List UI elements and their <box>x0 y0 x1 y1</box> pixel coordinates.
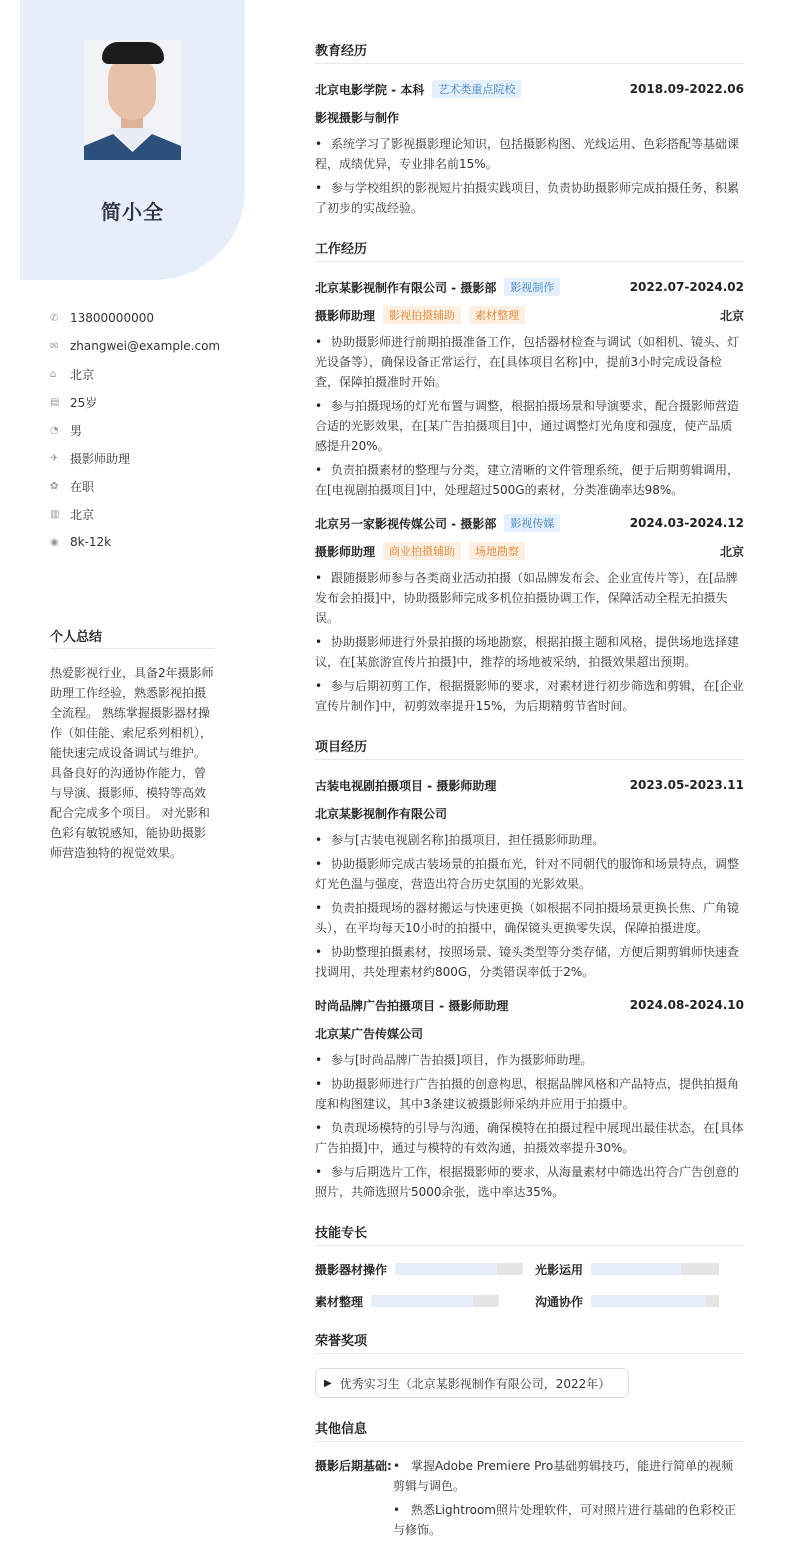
list-item: 协助摄影师进行广告拍摄的创意构思，根据品牌风格和产品特点，提供拍摄角度和构图建议… <box>315 1074 744 1114</box>
skill-name: 沟通协作 <box>535 1293 583 1310</box>
project-entry: 古装电视剧拍摄项目 - 摄影师助理 2023.05-2023.11 北京某影视制… <box>315 774 744 982</box>
education-section: 教育经历 北京电影学院 - 本科 艺术类重点院校 2018.09-2022.06… <box>315 40 744 218</box>
age-icon: ▤ <box>50 397 70 408</box>
industry-tag: 影视传媒 <box>504 514 560 532</box>
summary-section: 个人总结 热爱影视行业，具备2年摄影师助理工作经验，熟悉影视拍摄全流程。 熟练掌… <box>50 626 215 863</box>
list-item: 参与[时尚品牌广告拍摄]项目，作为摄影师助理。 <box>315 1050 744 1070</box>
education-bullets: 系统学习了影视摄影理论知识，包括摄影构图、光线运用、色彩搭配等基础课程，成绩优异… <box>315 134 744 218</box>
skill-bar <box>395 1263 523 1275</box>
major-row: 影视摄影与制作 <box>315 106 744 128</box>
avatar-photo <box>84 40 181 160</box>
list-item: 协助整理拍摄素材，按照场景、镜头类型等分类存储，方便后期剪辑师快速查找调用，共处… <box>315 942 744 982</box>
list-item: 参与后期初剪工作，根据摄影师的要求，对素材进行初步筛选和剪辑，在[企业宣传片制作… <box>315 676 744 716</box>
avatar-face <box>108 56 156 120</box>
company-name: 北京另一家影视传媒公司 - 摄影部 <box>315 515 496 532</box>
awards-title: 荣誉奖项 <box>315 1330 744 1354</box>
skill-tag: 素材整理 <box>469 306 525 324</box>
contact-value: 8k-12k <box>70 535 111 549</box>
skill-bar <box>371 1295 499 1307</box>
project-company: 北京某影视制作有限公司 <box>315 805 447 822</box>
project-company: 北京某广告传媒公司 <box>315 1025 423 1042</box>
contact-value: 25岁 <box>70 394 97 411</box>
contact-phone: ✆ 13800000000 <box>50 304 240 332</box>
list-item: 参与[古装电视剧名称]拍摄项目，担任摄影师助理。 <box>315 830 744 850</box>
project-bullets: 参与[古装电视剧名称]拍摄项目，担任摄影师助理。 协助摄影师完成古装场景的拍摄布… <box>315 830 744 982</box>
skill-item: 光影运用 <box>535 1260 744 1278</box>
list-item: 掌握Adobe Premiere Pro基础剪辑技巧，能进行简单的视频剪辑与调色… <box>393 1456 744 1496</box>
gender-icon: ◔ <box>50 425 70 436</box>
summary-title: 个人总结 <box>50 626 215 649</box>
skill-item: 摄影器材操作 <box>315 1260 535 1278</box>
role-name: 摄影师助理 <box>315 307 375 324</box>
main-column: 教育经历 北京电影学院 - 本科 艺术类重点院校 2018.09-2022.06… <box>315 40 744 1564</box>
work-entry: 北京某影视制作有限公司 - 摄影部 影视制作 2022.07-2024.02 摄… <box>315 276 744 500</box>
summary-text: 热爱影视行业，具备2年摄影师助理工作经验，熟悉影视拍摄全流程。 熟练掌握摄影器材… <box>50 663 215 863</box>
contact-value: 北京 <box>70 506 94 523</box>
list-item: 系统学习了影视摄影理论知识，包括摄影构图、光线运用、色彩搭配等基础课程，成绩优异… <box>315 134 744 174</box>
project-name: 时尚品牌广告拍摄项目 - 摄影师助理 <box>315 997 508 1014</box>
contact-gender: ◔ 男 <box>50 416 240 444</box>
list-item: 负责拍摄素材的整理与分类，建立清晰的文件管理系统，便于后期剪辑调用，在[电视剧拍… <box>315 460 744 500</box>
contact-job-target: ✈ 摄影师助理 <box>50 444 240 472</box>
skill-bar-fill <box>591 1295 706 1307</box>
projects-section: 项目经历 古装电视剧拍摄项目 - 摄影师助理 2023.05-2023.11 北… <box>315 736 744 1202</box>
home-icon: ⌂ <box>50 369 70 380</box>
other-title: 其他信息 <box>315 1418 744 1442</box>
skill-bar-fill <box>395 1263 497 1275</box>
skill-name: 摄影器材操作 <box>315 1261 387 1278</box>
skill-tag: 影视拍摄辅助 <box>383 306 461 324</box>
education-date: 2018.09-2022.06 <box>630 82 744 96</box>
skill-bar-fill <box>371 1295 473 1307</box>
list-item: 负责拍摄现场的器材搬运与快速更换（如根据不同拍摄场景更换长焦、广角镜头），在平均… <box>315 898 744 938</box>
skills-title: 技能专长 <box>315 1222 744 1246</box>
skills-grid: 摄影器材操作 光影运用 素材整理 沟通协作 <box>315 1260 744 1310</box>
project-bullets: 参与[时尚品牌广告拍摄]项目，作为摄影师助理。 协助摄影师进行广告拍摄的创意构思… <box>315 1050 744 1202</box>
project-company-row: 北京某影视制作有限公司 <box>315 802 744 824</box>
avatar-hair <box>102 42 164 64</box>
phone-icon: ✆ <box>50 313 70 324</box>
other-bullets: 掌握Adobe Premiere Pro基础剪辑技巧，能进行简单的视频剪辑与调色… <box>393 1456 744 1544</box>
role-name: 摄影师助理 <box>315 543 375 560</box>
education-title: 教育经历 <box>315 40 744 64</box>
work-location: 北京 <box>720 543 744 560</box>
project-company-row: 北京某广告传媒公司 <box>315 1022 744 1044</box>
work-bullets: 跟随摄影师参与各类商业活动拍摄（如品牌发布会、企业宣传片等），在[品牌发布会拍摄… <box>315 568 744 716</box>
work-date: 2024.03-2024.12 <box>630 516 744 530</box>
list-item: 熟悉Lightroom照片处理软件，可对照片进行基础的色彩校正与修饰。 <box>393 1500 744 1540</box>
project-date: 2023.05-2023.11 <box>630 778 744 792</box>
project-entry: 时尚品牌广告拍摄项目 - 摄影师助理 2024.08-2024.10 北京某广告… <box>315 994 744 1202</box>
salary-icon: ◉ <box>50 537 70 548</box>
contact-value: 摄影师助理 <box>70 450 130 467</box>
work-entry: 北京另一家影视传媒公司 - 摄影部 影视传媒 2024.03-2024.12 摄… <box>315 512 744 716</box>
project-header: 古装电视剧拍摄项目 - 摄影师助理 2023.05-2023.11 <box>315 774 744 796</box>
project-date: 2024.08-2024.10 <box>630 998 744 1012</box>
other-row: 摄影后期基础: 掌握Adobe Premiere Pro基础剪辑技巧，能进行简单… <box>315 1456 744 1544</box>
skill-name: 素材整理 <box>315 1293 363 1310</box>
skill-bar <box>591 1295 719 1307</box>
other-section: 其他信息 摄影后期基础: 掌握Adobe Premiere Pro基础剪辑技巧，… <box>315 1418 744 1544</box>
contact-city: ▥ 北京 <box>50 500 240 528</box>
list-item: 协助摄影师完成古装场景的拍摄布光，针对不同朝代的服饰和场景特点，调整灯光色温与强… <box>315 854 744 894</box>
work-entry-header: 北京另一家影视传媒公司 - 摄影部 影视传媒 2024.03-2024.12 <box>315 512 744 534</box>
skill-item: 沟通协作 <box>535 1292 744 1310</box>
status-icon: ✿ <box>50 481 70 492</box>
work-location: 北京 <box>720 307 744 324</box>
list-item: 参与学校组织的影视短片拍摄实践项目，负责协助摄影师完成拍摄任务，积累了初步的实战… <box>315 178 744 218</box>
company-name: 北京某影视制作有限公司 - 摄影部 <box>315 279 496 296</box>
role-row: 摄影师助理 商业拍摄辅助 场地勘察 北京 <box>315 540 744 562</box>
contact-email: ✉ zhangwei@example.com <box>50 332 240 360</box>
award-item-toggle[interactable]: ▶ 优秀实习生（北京某影视制作有限公司，2022年） <box>315 1368 629 1398</box>
contact-status: ✿ 在职 <box>50 472 240 500</box>
other-label: 摄影后期基础: <box>315 1456 393 1544</box>
email-icon: ✉ <box>50 341 70 352</box>
list-item: 协助摄影师进行外景拍摄的场地勘察，根据拍摄主题和风格，提供场地选择建议，在[某旅… <box>315 632 744 672</box>
contact-value: 在职 <box>70 478 94 495</box>
project-name: 古装电视剧拍摄项目 - 摄影师助理 <box>315 777 496 794</box>
industry-tag: 影视制作 <box>504 278 560 296</box>
award-text: 优秀实习生（北京某影视制作有限公司，2022年） <box>340 1375 611 1392</box>
city-icon: ▥ <box>50 509 70 520</box>
contact-value: zhangwei@example.com <box>70 339 220 353</box>
contact-value: 北京 <box>70 366 94 383</box>
awards-section: 荣誉奖项 ▶ 优秀实习生（北京某影视制作有限公司，2022年） <box>315 1330 744 1398</box>
skills-section: 技能专长 摄影器材操作 光影运用 素材整理 沟通协作 <box>315 1222 744 1310</box>
major-name: 影视摄影与制作 <box>315 109 399 126</box>
work-title: 工作经历 <box>315 238 744 262</box>
disclosure-triangle-icon: ▶ <box>324 1378 332 1389</box>
school-name: 北京电影学院 - 本科 <box>315 81 424 98</box>
skill-tag: 商业拍摄辅助 <box>383 542 461 560</box>
contact-list: ✆ 13800000000 ✉ zhangwei@example.com ⌂ 北… <box>50 304 240 556</box>
contact-age: ▤ 25岁 <box>50 388 240 416</box>
contact-value: 13800000000 <box>70 311 154 325</box>
skill-name: 光影运用 <box>535 1261 583 1278</box>
work-entry-header: 北京某影视制作有限公司 - 摄影部 影视制作 2022.07-2024.02 <box>315 276 744 298</box>
skill-tag: 场地勘察 <box>469 542 525 560</box>
skill-bar-fill <box>591 1263 681 1275</box>
work-date: 2022.07-2024.02 <box>630 280 744 294</box>
candidate-name: 简小全 <box>20 196 245 225</box>
contact-home: ⌂ 北京 <box>50 360 240 388</box>
school-tag: 艺术类重点院校 <box>432 80 521 98</box>
role-row: 摄影师助理 影视拍摄辅助 素材整理 北京 <box>315 304 744 326</box>
project-header: 时尚品牌广告拍摄项目 - 摄影师助理 2024.08-2024.10 <box>315 994 744 1016</box>
list-item: 协助摄影师进行前期拍摄准备工作，包括器材检查与调试（如相机、镜头、灯光设备等），… <box>315 332 744 392</box>
list-item: 负责现场模特的引导与沟通，确保模特在拍摄过程中展现出最佳状态，在[具体广告拍摄]… <box>315 1118 744 1158</box>
skill-bar <box>591 1263 719 1275</box>
projects-title: 项目经历 <box>315 736 744 760</box>
work-bullets: 协助摄影师进行前期拍摄准备工作，包括器材检查与调试（如相机、镜头、灯光设备等），… <box>315 332 744 500</box>
contact-value: 男 <box>70 422 82 439</box>
skill-item: 素材整理 <box>315 1292 535 1310</box>
list-item: 参与后期选片工作，根据摄影师的要求，从海量素材中筛选出符合广告创意的照片，共筛选… <box>315 1162 744 1202</box>
education-header: 北京电影学院 - 本科 艺术类重点院校 2018.09-2022.06 <box>315 78 744 100</box>
contact-salary: ◉ 8k-12k <box>50 528 240 556</box>
list-item: 参与拍摄现场的灯光布置与调整，根据拍摄场景和导演要求，配合摄影师营造合适的光影效… <box>315 396 744 456</box>
list-item: 跟随摄影师参与各类商业活动拍摄（如品牌发布会、企业宣传片等），在[品牌发布会拍摄… <box>315 568 744 628</box>
work-section: 工作经历 北京某影视制作有限公司 - 摄影部 影视制作 2022.07-2024… <box>315 238 744 716</box>
job-target-icon: ✈ <box>50 453 70 464</box>
